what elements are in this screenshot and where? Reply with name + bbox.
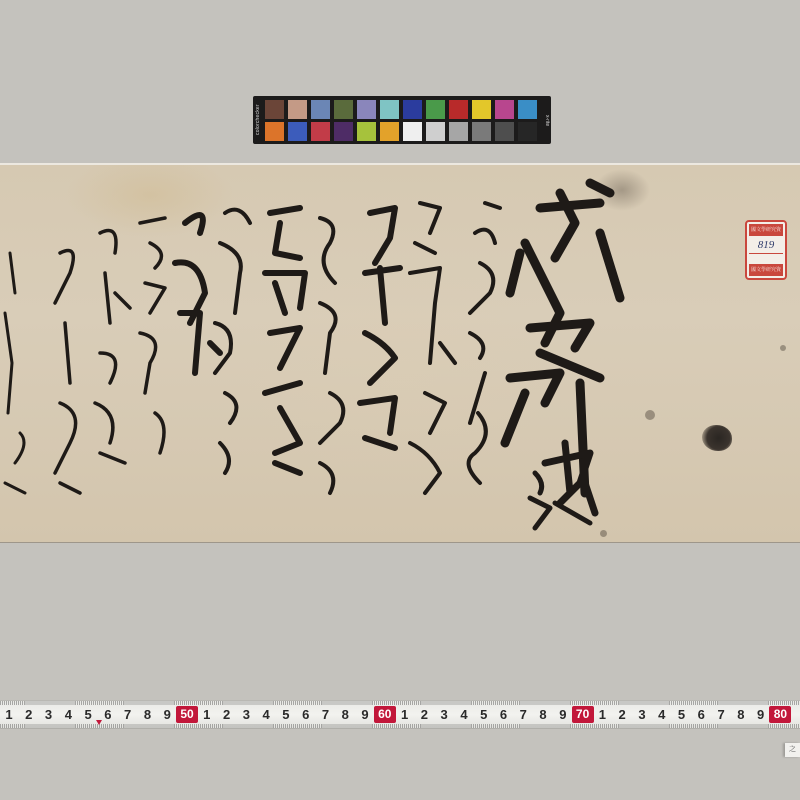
ruler-label: 5 [675,706,689,723]
corner-tag: 之 [785,743,800,757]
ruler-label: 2 [220,706,234,723]
color-swatch [403,122,422,141]
sticker-header: 國文學研究資料 [749,224,783,236]
color-swatch [380,122,399,141]
ruler-label: 4 [61,706,75,723]
catalog-label-sticker: 國文學研究資料 819 國文學研究資料館 [745,220,787,280]
color-swatch [334,122,353,141]
color-swatch [495,122,514,141]
color-swatch [449,100,468,119]
color-swatch [311,122,330,141]
color-swatch [334,100,353,119]
color-swatch [265,122,284,141]
ruler-major-label: 70 [572,706,594,723]
ruler-label: 7 [516,706,530,723]
ruler-label: 6 [497,706,511,723]
ruler-label: 5 [477,706,491,723]
ruler-label: 8 [140,706,154,723]
measuring-ruler: 1234567895012345678960123456789701234567… [0,700,800,729]
ruler-label: 2 [417,706,431,723]
color-swatch [288,100,307,119]
ruler-label: 9 [556,706,570,723]
ruler-pointer-icon [96,720,102,725]
ruler-label: 5 [279,706,293,723]
catalog-number: 819 [749,238,783,254]
swatch-row-bottom [265,122,537,141]
ruler-label: 3 [239,706,253,723]
color-checker-card: colorchecker x-rite [253,96,551,144]
ruler-label: 9 [358,706,372,723]
ruler-major-label: 50 [176,706,198,723]
color-swatch [426,122,445,141]
ruler-label: 3 [42,706,56,723]
color-swatch [472,100,491,119]
color-swatch [265,100,284,119]
color-swatch [380,100,399,119]
ruler-label: 7 [318,706,332,723]
color-swatch [288,122,307,141]
ruler-label: 3 [437,706,451,723]
ruler-label: 1 [2,706,16,723]
ruler-label: 5 [81,706,95,723]
swatch-row-top [265,100,537,119]
ruler-label: 8 [734,706,748,723]
ruler-label: 1 [595,706,609,723]
ruler-label: 8 [536,706,550,723]
ruler-label: 6 [299,706,313,723]
color-swatch [357,100,376,119]
color-swatch [449,122,468,141]
ruler-label: 6 [101,706,115,723]
ruler-label: 4 [259,706,273,723]
color-swatch [403,100,422,119]
ruler-label: 7 [121,706,135,723]
ruler-label: 2 [22,706,36,723]
ruler-label: 1 [398,706,412,723]
ruler-label: 4 [457,706,471,723]
ruler-label: 3 [635,706,649,723]
ruler-label: 2 [615,706,629,723]
ruler-label: 4 [655,706,669,723]
ruler-major-label: 80 [769,706,791,723]
ruler-label: 9 [160,706,174,723]
color-swatch [357,122,376,141]
ruler-label: 6 [694,706,708,723]
color-swatch [518,100,537,119]
ruler-major-label: 60 [374,706,396,723]
ruler-label: 9 [754,706,768,723]
calligraphy-text [0,163,800,540]
ruler-label: 8 [338,706,352,723]
color-swatch [495,100,514,119]
color-swatch [472,122,491,141]
color-swatch [311,100,330,119]
xrite-brand-label: x-rite [541,110,550,132]
colorchecker-brand-label: colorchecker [255,102,264,138]
color-swatch [426,100,445,119]
color-swatch [518,122,537,141]
ruler-label: 1 [200,706,214,723]
ruler-label: 7 [714,706,728,723]
sticker-footer: 國文學研究資料館 [749,264,783,276]
